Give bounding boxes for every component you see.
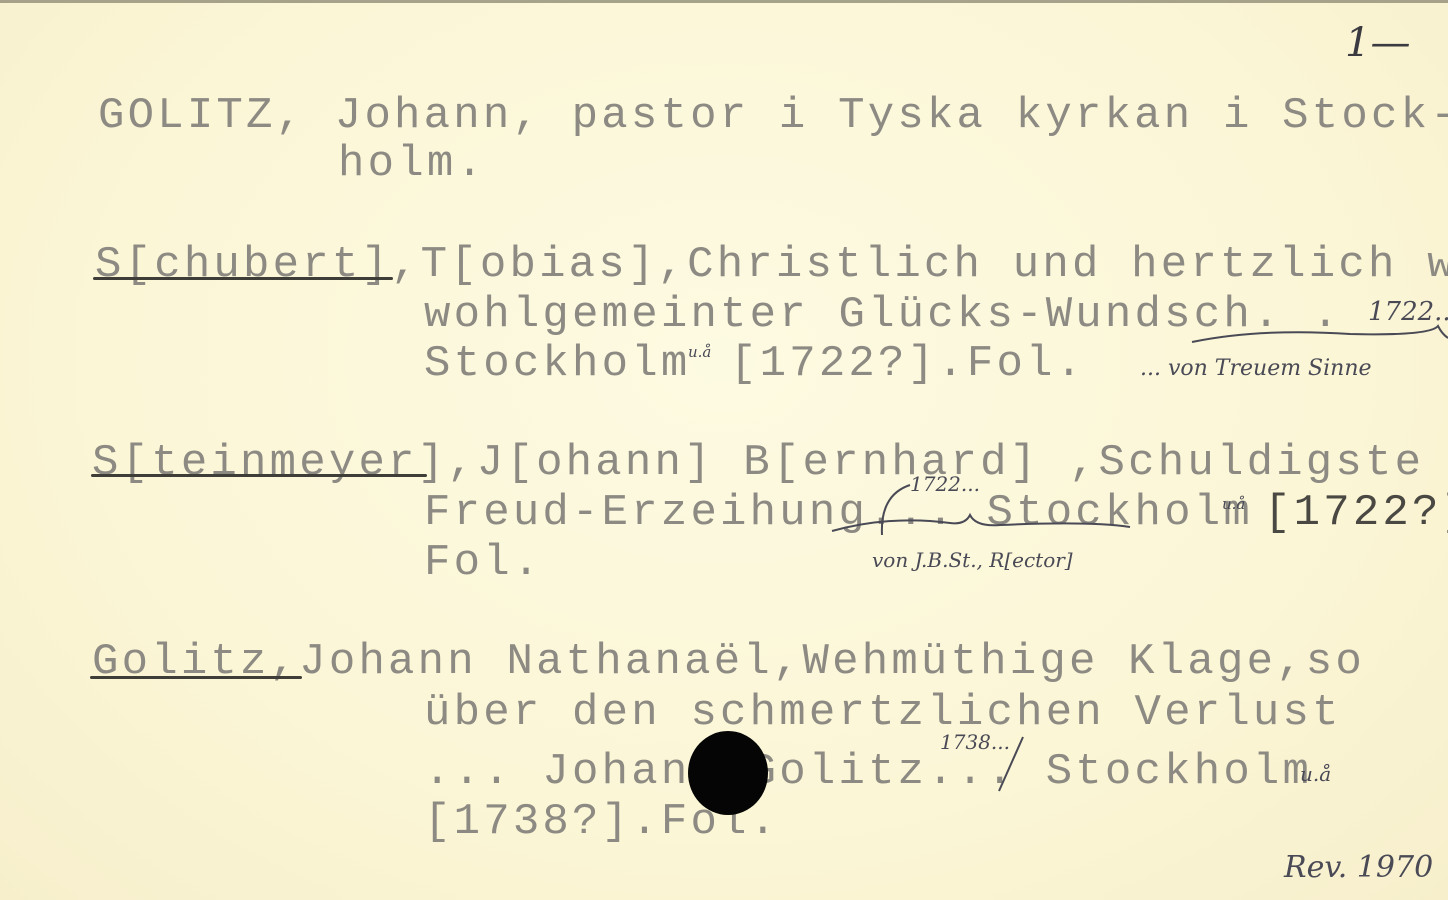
entry-1-heading-underline (93, 277, 393, 280)
entry-3-line-2: über den schmertzlichen Verlust (424, 691, 1342, 735)
entry-2-place-note: u.å (1222, 495, 1245, 513)
entry-3-slash (995, 735, 1025, 795)
entry-3-place-note: u.å (1300, 762, 1331, 786)
entry-1-line-4: [1722?].Fol. (730, 342, 1085, 386)
entry-1-place-note: u.å (688, 343, 711, 361)
entry-3-heading-underline (90, 676, 302, 679)
catalog-card: 1— GOLITZ, Johann, pastor i Tyska kyrkan… (0, 0, 1448, 900)
entry-1-line-3: Stockholm (424, 342, 690, 386)
entry-1-title-note: ... von Treuem Sinne (1140, 356, 1372, 381)
entry-3-line-3: ... Johann Golitz... Stockholm (424, 750, 1312, 794)
header-line-1: GOLITZ, Johann, pastor i Tyska kyrkan i … (98, 94, 1448, 138)
card-top-edge (0, 0, 1448, 3)
entry-1-line-1: S[chubert],T[obias],Christlich und hertz… (95, 243, 1448, 287)
entry-2-line-4: Fol. (424, 541, 542, 585)
card-number: 1— (1345, 20, 1410, 66)
header-line-2: holm. (338, 142, 486, 186)
entry-2-brace (830, 475, 1150, 535)
entry-2-author-note: von J.B.St., R[ector] (872, 548, 1073, 572)
punch-hole (688, 731, 768, 815)
entry-1-brace (1190, 322, 1448, 346)
entry-2-line-3: [1722?]. (1264, 491, 1448, 535)
revision-note: Rev. 1970 (1284, 850, 1433, 885)
entry-2-line-1: S[teinmeyer],J[ohann] B[ernhard] ,Schuld… (92, 441, 1424, 485)
entry-2-heading-underline (91, 474, 427, 477)
